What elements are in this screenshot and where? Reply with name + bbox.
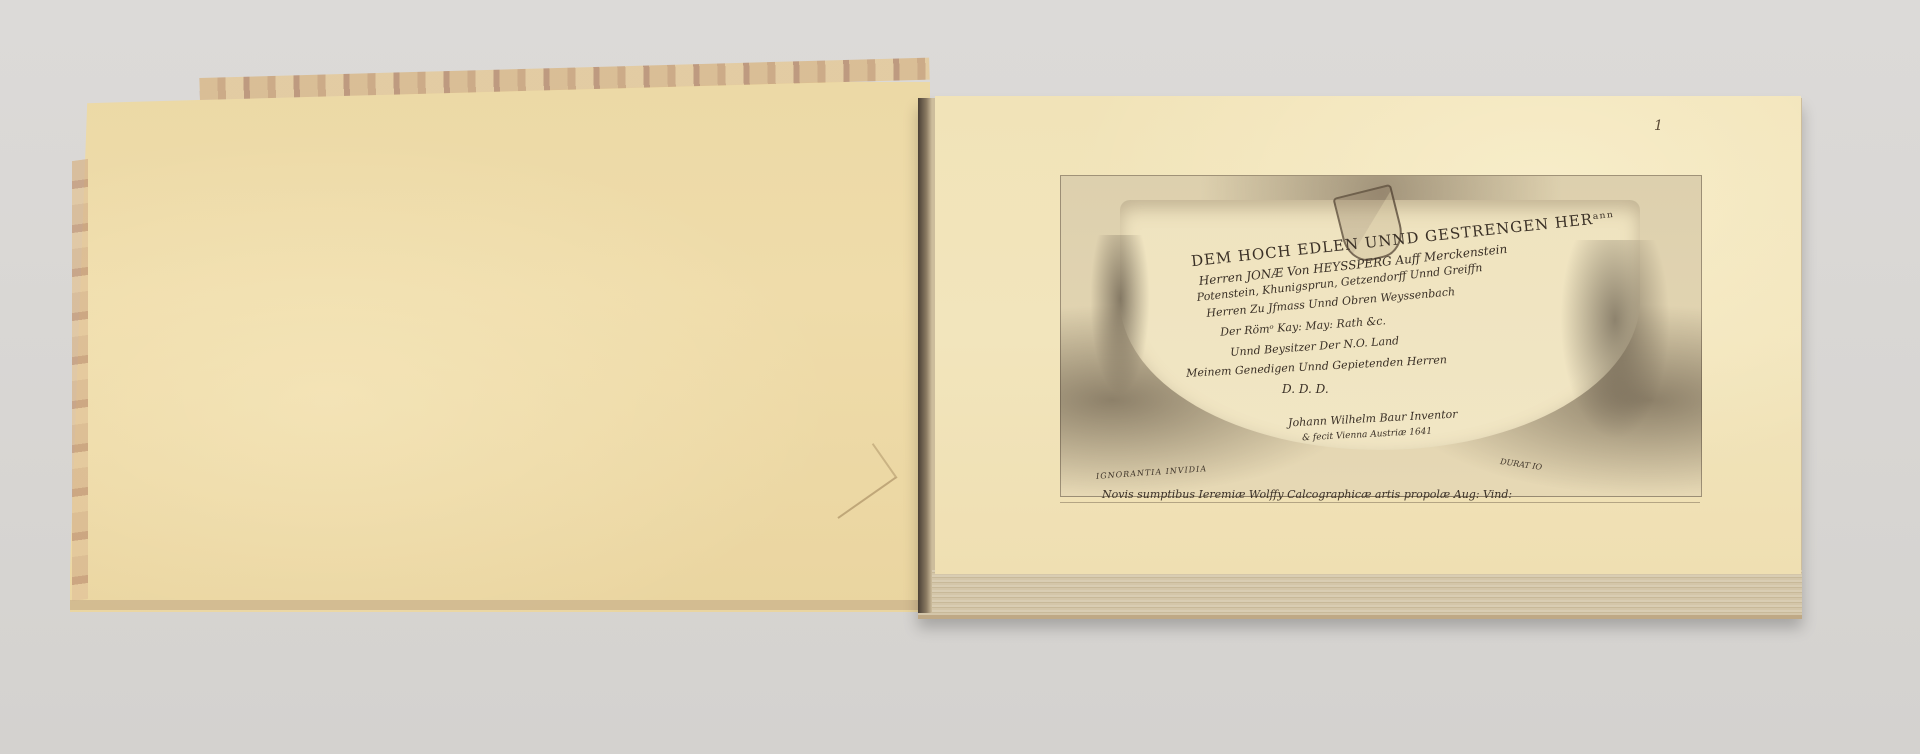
book-photograph: 1 IGNORANTIA INVIDIA DURAT IO DEM HOCH E…: [0, 0, 1920, 754]
cover-bottom-edge: [70, 600, 930, 610]
page-edges: [918, 570, 1802, 619]
inside-front-cover: [70, 82, 930, 612]
spine-gutter: [918, 98, 932, 613]
dedication-line: D. D. D.: [1282, 382, 1329, 396]
allegorical-figure-left: [1090, 235, 1150, 395]
publisher-imprint: Novis sumptibus Ieremiæ Wolffy Calcograp…: [1102, 488, 1512, 501]
page-number: 1: [1654, 118, 1663, 134]
putti-figures-right: [1560, 240, 1670, 440]
marbled-side-edge: [72, 159, 88, 601]
